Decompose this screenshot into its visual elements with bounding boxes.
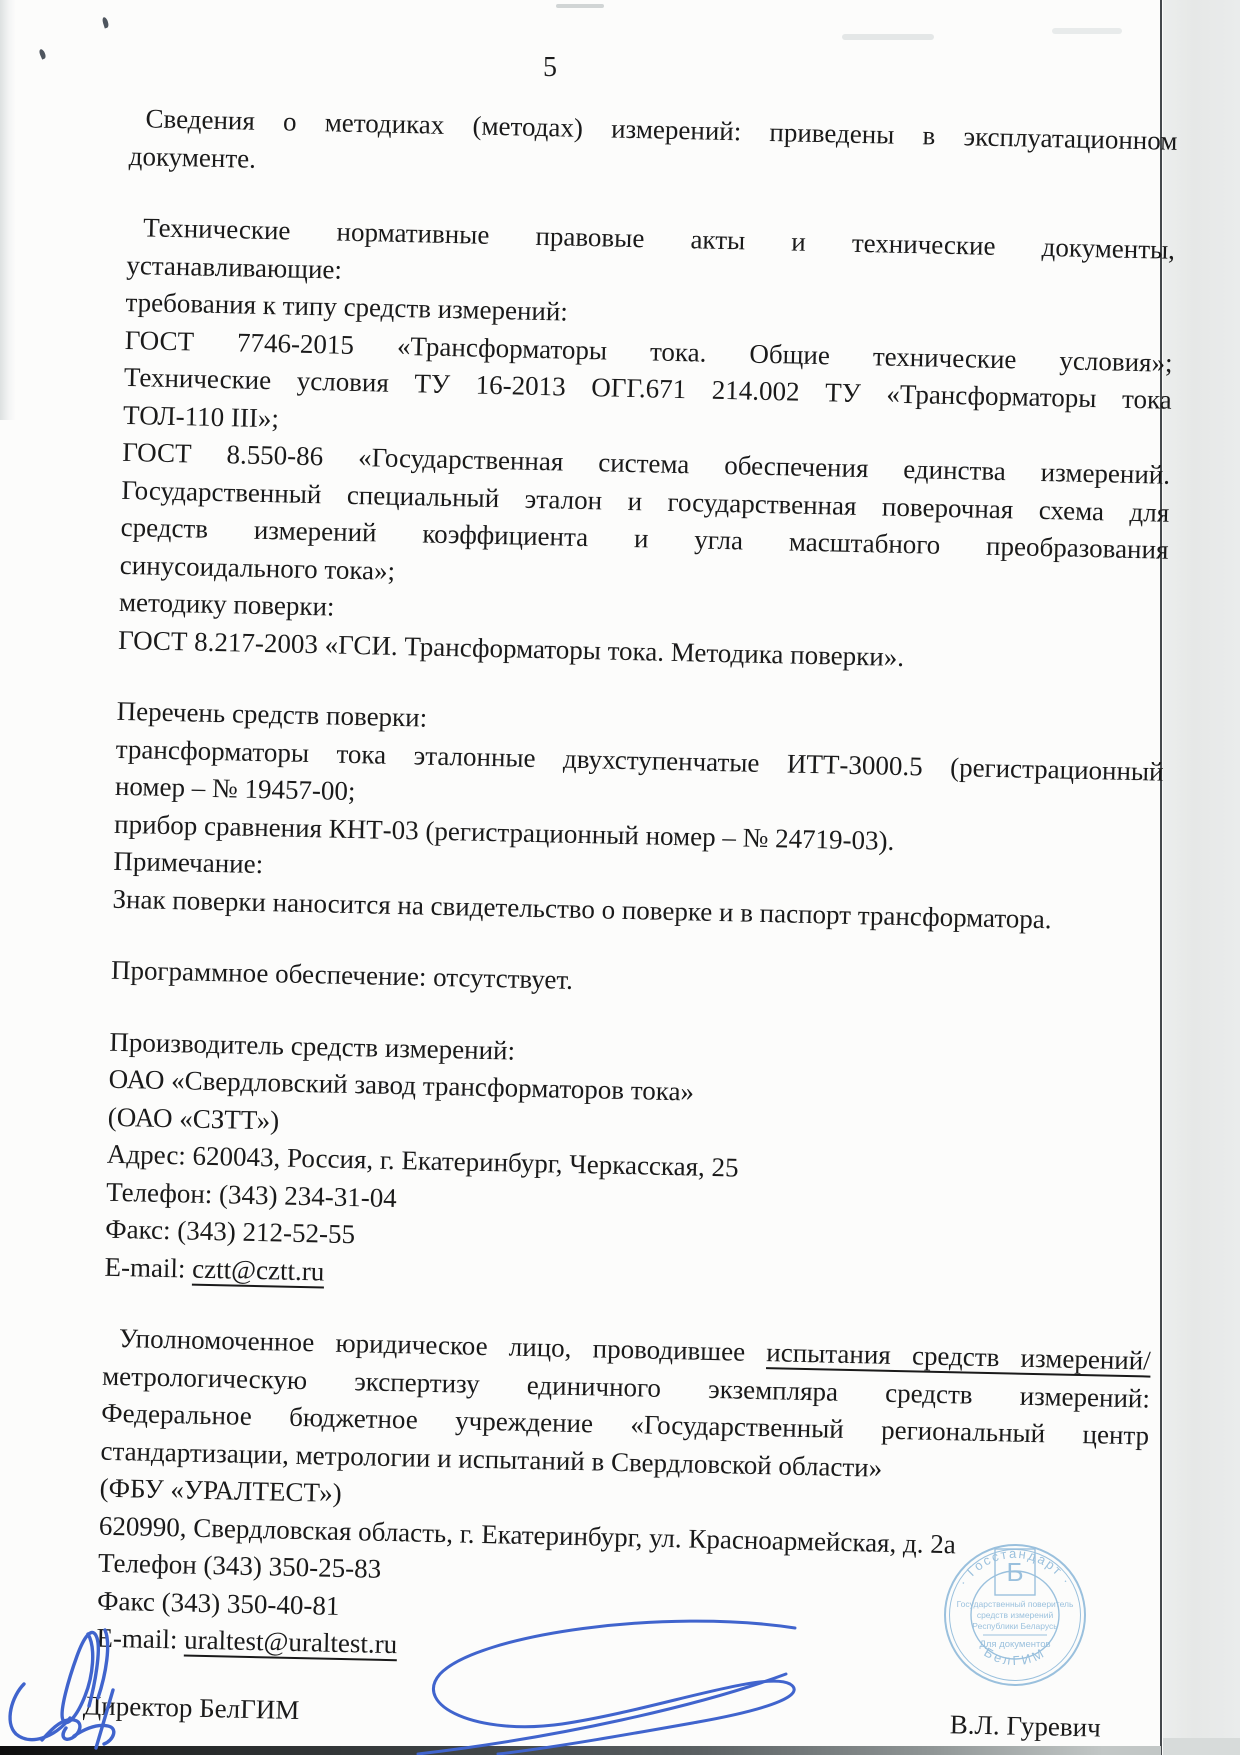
handwritten-signature bbox=[10, 1630, 114, 1748]
text-segment: ТОЛ-110 III»; bbox=[123, 399, 279, 432]
paragraph: ГОСТ 8.550-86 «Государственная система о… bbox=[119, 434, 1170, 607]
text-segment: Перечень средств поверки: bbox=[116, 696, 427, 733]
text-segment: методику поверки: bbox=[119, 587, 335, 622]
stamp-line: Республики Беларусь bbox=[972, 1621, 1058, 1631]
signature-flourish bbox=[418, 1621, 795, 1754]
paragraph: Уполномоченное юридическое лицо, проводи… bbox=[100, 1320, 1151, 1493]
stamp-line: Государственный поверитель bbox=[957, 1599, 1074, 1609]
text-segment: E-mail: bbox=[104, 1251, 192, 1283]
handwritten-signatures bbox=[0, 1590, 860, 1755]
text-segment: устанавливающие: bbox=[126, 249, 342, 284]
text-segment: номер – № 19457-00; bbox=[115, 771, 356, 806]
stamp-monogram: Б bbox=[1006, 1557, 1023, 1587]
document-text: Сведения о методиках (методах) измерений… bbox=[95, 100, 1178, 1747]
right-scan-strip-shadow bbox=[1163, 1738, 1240, 1755]
scan-smudge bbox=[1052, 28, 1122, 34]
scan-smudge bbox=[556, 4, 604, 8]
paragraph: Производитель средств измерений:ОАО «Све… bbox=[104, 1023, 1157, 1308]
paragraph: Программное обеспечение: отсутствует. bbox=[111, 952, 1160, 1012]
text-segment: Телефон (343) 350-25-83 bbox=[98, 1548, 382, 1584]
text-line: Программное обеспечение: отсутствует. bbox=[111, 952, 1160, 1012]
text-segment: синусоидального тока»; bbox=[120, 549, 396, 585]
official-stamp: · Госстандарт · Б Государственный повери… bbox=[933, 1533, 1097, 1697]
scanned-document-page: { "page": { "number": "5" }, "colors": {… bbox=[0, 0, 1240, 1755]
scan-speck bbox=[101, 16, 109, 28]
text-segment: требования к типу средств измерений: bbox=[125, 287, 568, 327]
text-segment: документе. bbox=[128, 140, 256, 173]
text-segment: Примечание: bbox=[113, 846, 263, 879]
stamp-line: средств измерений bbox=[977, 1610, 1054, 1620]
text-segment: Факс: (343) 212-52-55 bbox=[105, 1214, 355, 1249]
scan-smudge bbox=[842, 34, 934, 40]
paragraph: Сведения о методиках (методах) измерений… bbox=[128, 100, 1177, 198]
underlined-text: cztt@cztt.ru bbox=[192, 1253, 325, 1286]
text-segment: (ОАО «СЗТТ») bbox=[107, 1101, 279, 1135]
page-number: 5 bbox=[0, 52, 1100, 84]
text-segment: Производитель средств измерений: bbox=[109, 1026, 515, 1065]
underlined-text: испытания средств измерений/ bbox=[766, 1337, 1151, 1375]
text-segment: Телефон: (343) 234-31-04 bbox=[106, 1176, 397, 1212]
text-segment: Программное обеспечение: отсутствует. bbox=[111, 955, 574, 995]
signatory-name: В.Л. Гуревич bbox=[949, 1706, 1101, 1747]
text-segment: (ФБУ «УРАЛТЕСТ») bbox=[99, 1473, 342, 1508]
